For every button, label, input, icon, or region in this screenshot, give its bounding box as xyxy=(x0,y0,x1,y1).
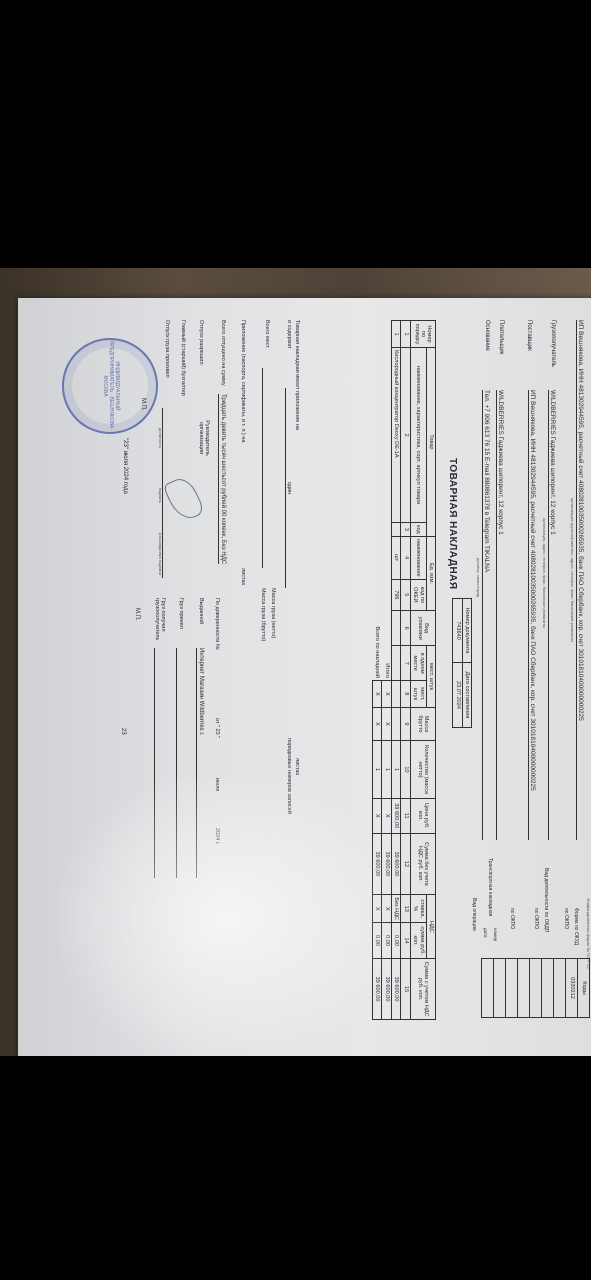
attachment-line: Товарная накладная имеет приложение на xyxy=(294,320,300,430)
consignee-caption: организация, адрес, телефон, факс, банко… xyxy=(541,518,546,628)
total-sum-label: Всего отпущено на сумму xyxy=(220,320,226,386)
okdp-code xyxy=(542,959,554,1018)
subtotal-vat-sum: 0,00 xyxy=(382,923,391,959)
th-pack: Вид упаковки xyxy=(410,611,435,646)
column-numbers-row: 1 2 3 4 5 6 7 8 9 10 11 12 13 14 15 xyxy=(401,321,410,1020)
doc-number-table: Номер документа Дата составления 743640 … xyxy=(452,598,472,728)
doc-date-label: Дата составления xyxy=(462,663,471,728)
th-sum: Сумма без учета НДС руб. коп. xyxy=(410,833,435,895)
okdp-label: Вид деятельности по ОКДП xyxy=(542,868,548,932)
col-num: 12 xyxy=(401,833,410,895)
grand-total: 39 600,00 xyxy=(373,959,382,1020)
okpo-code xyxy=(554,959,566,1018)
docs-suffix: листах xyxy=(240,568,246,585)
subtotal-row: Итого X X 1 X 39 600,00 X 0,00 39 600,00 xyxy=(382,321,391,1020)
row-total: 39 600,00 xyxy=(391,959,400,1020)
cargo-accepted-label: Груз принял xyxy=(178,598,184,629)
supplier-label: Поставщик xyxy=(525,320,532,351)
document-title: ТОВАРНАЯ НАКЛАДНАЯ xyxy=(447,458,459,590)
th-total: Сумма с учетом НДС руб. коп. xyxy=(410,959,435,1020)
gross-label: Масса груза (брутто) xyxy=(260,588,266,641)
contains-label: и содержит xyxy=(286,320,292,349)
col-num: 3 xyxy=(401,523,410,537)
grand-sum: 39 600,00 xyxy=(373,833,382,895)
col-num: 8 xyxy=(401,680,410,707)
grand-vat-rate: X xyxy=(373,895,382,923)
document-sheet: Унифицированная форма № ТОРГ-12 Форма по… xyxy=(18,298,591,1056)
subtotal-places: X xyxy=(382,680,391,707)
transport-number xyxy=(506,959,518,1018)
col-num: 9 xyxy=(401,707,410,740)
date-label: дата xyxy=(483,928,488,938)
goods-table: Номер по порядку Товар Ед. изм. Вид упак… xyxy=(372,320,436,1020)
row-price: 39 600,00 xyxy=(391,798,400,833)
subtotal-label: Итого xyxy=(382,321,391,681)
released-by-label: Отпуск разрешил xyxy=(198,320,204,365)
table-row: 1 Кислородный концентратор Deoxy DE-1A ш… xyxy=(391,321,400,1020)
grand-total-row: Всего по накладной X X 1 X 39 600,00 X 0… xyxy=(373,321,382,1020)
th-num: Номер по порядку xyxy=(410,321,435,348)
poa-from: от " 23 " xyxy=(214,718,220,738)
okpo2-label: по ОКПО xyxy=(532,908,538,929)
th-vat-rate: ставка, % xyxy=(410,895,426,923)
th-qty-places: мест, штук xyxy=(410,680,426,707)
chief-accountant-label: Главный (старший) бухгалтер xyxy=(180,320,186,396)
row-code xyxy=(391,523,400,537)
company-stamp: ИНДИВИДУАЛЬНЫЙ ПРЕДПРИНИМАТЕЛЬ · ВЕШНЯКО… xyxy=(62,338,158,434)
row-sum: 39 600,00 xyxy=(391,833,400,895)
col-num: 11 xyxy=(401,798,410,833)
row-qty: 1 xyxy=(391,741,400,799)
okpo3-label: по ОКПО xyxy=(508,908,514,929)
th-gross: Масса брутто xyxy=(410,707,435,740)
col-num: 5 xyxy=(401,579,410,610)
doc-date: 23.07.2024 xyxy=(453,663,462,728)
th-code: код xyxy=(410,523,426,537)
released-by-position: Руководитель организации xyxy=(197,408,210,468)
caption-signature: подпись xyxy=(157,488,162,503)
th-vat: НДС xyxy=(426,895,435,959)
places-total-label: Всего мест xyxy=(264,320,270,348)
photo-background: Унифицированная форма № ТОРГ-12 Форма по… xyxy=(0,268,591,1056)
col-num: 7 xyxy=(401,646,410,681)
th-goods: Товар xyxy=(426,348,435,537)
row-places xyxy=(391,680,400,707)
grand-price: X xyxy=(373,798,382,833)
basis-caption: договор, заказ-наряд xyxy=(475,558,480,597)
stamp2-label: М.П. xyxy=(133,608,140,621)
cargo-received-label: Груз получил грузополучатель xyxy=(153,598,166,648)
docs-label: Приложение (паспорта, сертификаты, и т. … xyxy=(240,320,246,442)
grand-qty: 1 xyxy=(373,741,382,799)
okpo2-code xyxy=(530,959,542,1018)
number-label: номер xyxy=(493,928,498,941)
subtotal-qty: 1 xyxy=(382,741,391,799)
issued-by-label: Выданной xyxy=(198,598,204,624)
cargo-accepted-field xyxy=(176,648,184,878)
th-unit-okei: код по ОКЕИ xyxy=(410,579,426,610)
poa-year: 2024 г. xyxy=(214,828,220,845)
serials-label: порядковых номеров записей xyxy=(286,738,292,814)
basis-label: Основание xyxy=(483,320,490,351)
basis-value: Тел. +7 906 613 76 15 E-mail 880861378 в… xyxy=(482,390,490,840)
date-received: 23 xyxy=(119,728,126,735)
transport-label: Транспортная накладная xyxy=(486,858,492,916)
operation-label: Вид операции xyxy=(470,898,476,931)
th-vat-sum: сумма руб. коп. xyxy=(410,923,426,959)
grand-gross: X xyxy=(373,707,382,740)
col-num: 15 xyxy=(401,959,410,1020)
row-pack xyxy=(391,611,400,646)
consignee-value: WILDBERRIES Гаджиева шипоринт, 12 корпус… xyxy=(548,390,556,840)
th-price: Цена руб. коп. xyxy=(410,798,435,833)
subtotal-vat-rate: X xyxy=(382,895,391,923)
payer-label: Плательщик xyxy=(497,320,504,354)
shipper-line: ИП Вешняковa, ИНН 481302944595, расчетны… xyxy=(576,320,584,840)
stamp-text: ИНДИВИДУАЛЬНЫЙ ПРЕДПРИНИМАТЕЛЬ · ВЕШНЯКО… xyxy=(101,340,118,432)
total-sum-value: Тридцать девять тысяч шестьсот рублей 00… xyxy=(218,394,226,564)
poa-month: июля xyxy=(214,778,220,791)
col-num: 6 xyxy=(401,611,410,646)
shipper-caption: организация-грузоотправитель, адрес, тел… xyxy=(569,498,574,642)
net-label: Масса груза (нетто) xyxy=(270,588,276,638)
th-qty-one: в одном месте xyxy=(410,646,426,681)
codes-table: Коды 0330212 xyxy=(481,958,590,1018)
doc-number: 743640 xyxy=(453,599,462,663)
stamp-label: М.П. xyxy=(139,398,146,411)
col-num: 1 xyxy=(401,321,410,348)
row-gross xyxy=(391,707,400,740)
subtotal-sum: 39 600,00 xyxy=(382,833,391,895)
transport-date xyxy=(494,959,506,1018)
sheets-suffix: листах xyxy=(294,758,300,775)
date-signed: "23" июля 2024 года xyxy=(121,438,128,494)
cargo-released-label: Отпуск груза произвел xyxy=(164,320,170,378)
contains-value: один xyxy=(285,388,292,588)
issued-by-value: Интернет Магазин Wildberries г. xyxy=(196,648,204,878)
row-name: Кислородный концентратор Deoxy DE-1A xyxy=(391,348,400,523)
cargo-received-field xyxy=(154,648,162,878)
col-num: 2 xyxy=(401,348,410,523)
row-vat-sum: 0,00 xyxy=(391,923,400,959)
subtotal-price: X xyxy=(382,798,391,833)
grand-label: Всего по накладной xyxy=(373,321,382,681)
okud-label: Форма по ОКУД xyxy=(572,908,578,945)
operation-code xyxy=(482,959,494,1018)
col-num: 13 xyxy=(401,895,410,923)
okud-code: 0330212 xyxy=(566,959,578,1018)
row-okei: 796 xyxy=(391,579,400,610)
row-per-place xyxy=(391,646,400,681)
th-qty: мест, штук xyxy=(426,646,435,707)
row-vat-rate: Без НДС xyxy=(391,895,400,923)
places-total-field xyxy=(262,368,270,568)
poa-label: По доверенности № xyxy=(214,598,220,650)
th-unit: Ед. изм. xyxy=(426,536,435,610)
okpo-label: по ОКПО xyxy=(562,908,568,929)
row-num: 1 xyxy=(391,321,400,348)
th-net: Количество (масса нетто) xyxy=(410,741,435,799)
consignee-label: Грузополучатель xyxy=(549,320,556,367)
codes-header: Коды xyxy=(578,959,590,1018)
col-num: 14 xyxy=(401,923,410,959)
waybill-rotated: Унифицированная форма № ТОРГ-12 Форма по… xyxy=(18,298,591,1056)
grand-vat-sum: 0,00 xyxy=(373,923,382,959)
subtotal-gross: X xyxy=(382,707,391,740)
th-goods-name: наименование, характеристика, сорт, арти… xyxy=(410,348,426,523)
col-num: 4 xyxy=(401,536,410,579)
supplier-value: ИП Вешнякова, ИНН 481302944595, расчетны… xyxy=(528,390,536,840)
subtotal-total: 39 600,00 xyxy=(382,959,391,1020)
row-unit: шт xyxy=(391,536,400,579)
col-num: 10 xyxy=(401,741,410,799)
caption-position: должность xyxy=(157,428,162,448)
th-unit-name: наименование xyxy=(410,536,426,579)
payer-value: WILDBERRIES Гаджиева шипоринт, 12 корпус… xyxy=(496,390,504,840)
caption-name: расшифровка подписи xyxy=(157,533,162,575)
grand-places: X xyxy=(373,680,382,707)
doc-number-label: Номер документа xyxy=(462,599,471,663)
okpo3-code xyxy=(518,959,530,1018)
